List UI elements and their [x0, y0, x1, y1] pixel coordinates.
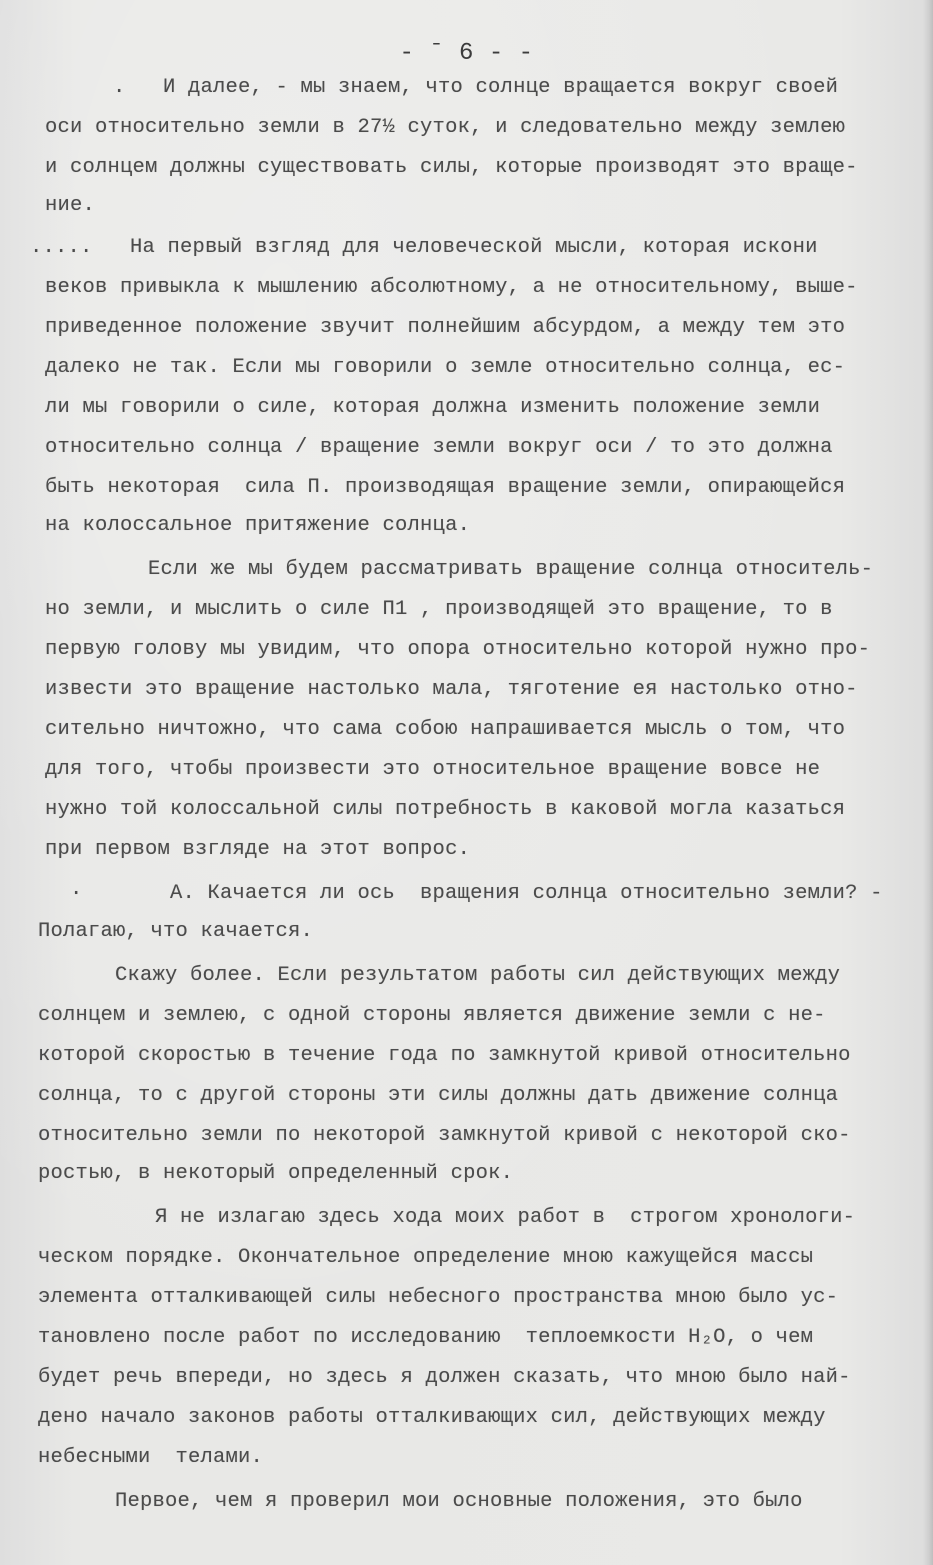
text-line: но земли, и мыслить о силе П1 , производ…	[45, 598, 833, 621]
text-line: ли мы говорили о силе, которая должна из…	[45, 396, 820, 419]
text-line: при первом взгляде на этот вопрос.	[45, 838, 470, 861]
text-line: приведенное положение звучит полнейшим а…	[45, 316, 845, 339]
text-line: ние.	[45, 194, 95, 217]
text-line: ростью, в некоторый определенный срок.	[38, 1162, 513, 1185]
text-line: ческом порядке. Окончательное определени…	[38, 1246, 813, 1269]
text-line: элемента отталкивающей силы небесного пр…	[38, 1286, 838, 1309]
text-line: солнцем и землею, с одной стороны являет…	[38, 1004, 826, 1027]
text-line: Если же мы будем рассматривать вращение …	[148, 558, 873, 581]
text-line: солнца, то с другой стороны эти силы дол…	[38, 1084, 838, 1107]
text-line: извести это вращение настолько мала, тяг…	[45, 678, 858, 701]
text-line: Первое, чем я проверил мои основные поло…	[115, 1490, 803, 1513]
text-line: и солнцем должны существовать силы, кото…	[45, 156, 858, 179]
text-line: Скажу более. Если результатом работы сил…	[115, 964, 840, 987]
text-line: веков привыкла к мышлению абсолютному, а…	[45, 276, 858, 299]
text-line: дено начало законов работы отталкивающих…	[38, 1406, 826, 1429]
text-line: тановлено после работ по исследованию те…	[38, 1326, 813, 1349]
text-line: нужно той колоссальной силы потребность …	[45, 798, 845, 821]
text-line: небесными телами.	[38, 1446, 263, 1469]
text-line: быть некоторая сила П. производящая вращ…	[45, 476, 845, 499]
text-line: которой скоростью в течение года по замк…	[38, 1044, 851, 1067]
text-line: далеко не так. Если мы говорили о земле …	[45, 356, 845, 379]
text-line: сительно ничтожно, что сама собою напраш…	[45, 718, 845, 741]
text-line: относительно солнца / вращение земли вок…	[45, 436, 833, 459]
text-line: Полагаю, что качается.	[38, 920, 313, 943]
document-page: - ˉ 6 - - . И далее, - мы знаем, что сол…	[0, 0, 933, 1565]
text-line: для того, чтобы произвести это относител…	[45, 758, 820, 781]
text-line: . И далее, - мы знаем, что солнце вращае…	[113, 76, 838, 99]
text-line: на колоссальное притяжение солнца.	[45, 514, 470, 537]
text-line: будет речь впереди, но здесь я должен ск…	[38, 1366, 851, 1389]
text-line: оси относительно земли в 27½ суток, и сл…	[45, 116, 845, 139]
text-line: · А. Качается ли ось вращения солнца отн…	[70, 882, 883, 905]
page-number: - ˉ 6 - -	[0, 40, 933, 67]
text-line: относительно земли по некоторой замкнуто…	[38, 1124, 851, 1147]
text-line: ..... На первый взгляд для человеческой …	[30, 236, 818, 259]
page-edge-shadow	[923, 0, 933, 1565]
text-line: Я не излагаю здесь хода моих работ в стр…	[155, 1206, 855, 1229]
text-line: первую голову мы увидим, что опора относ…	[45, 638, 870, 661]
